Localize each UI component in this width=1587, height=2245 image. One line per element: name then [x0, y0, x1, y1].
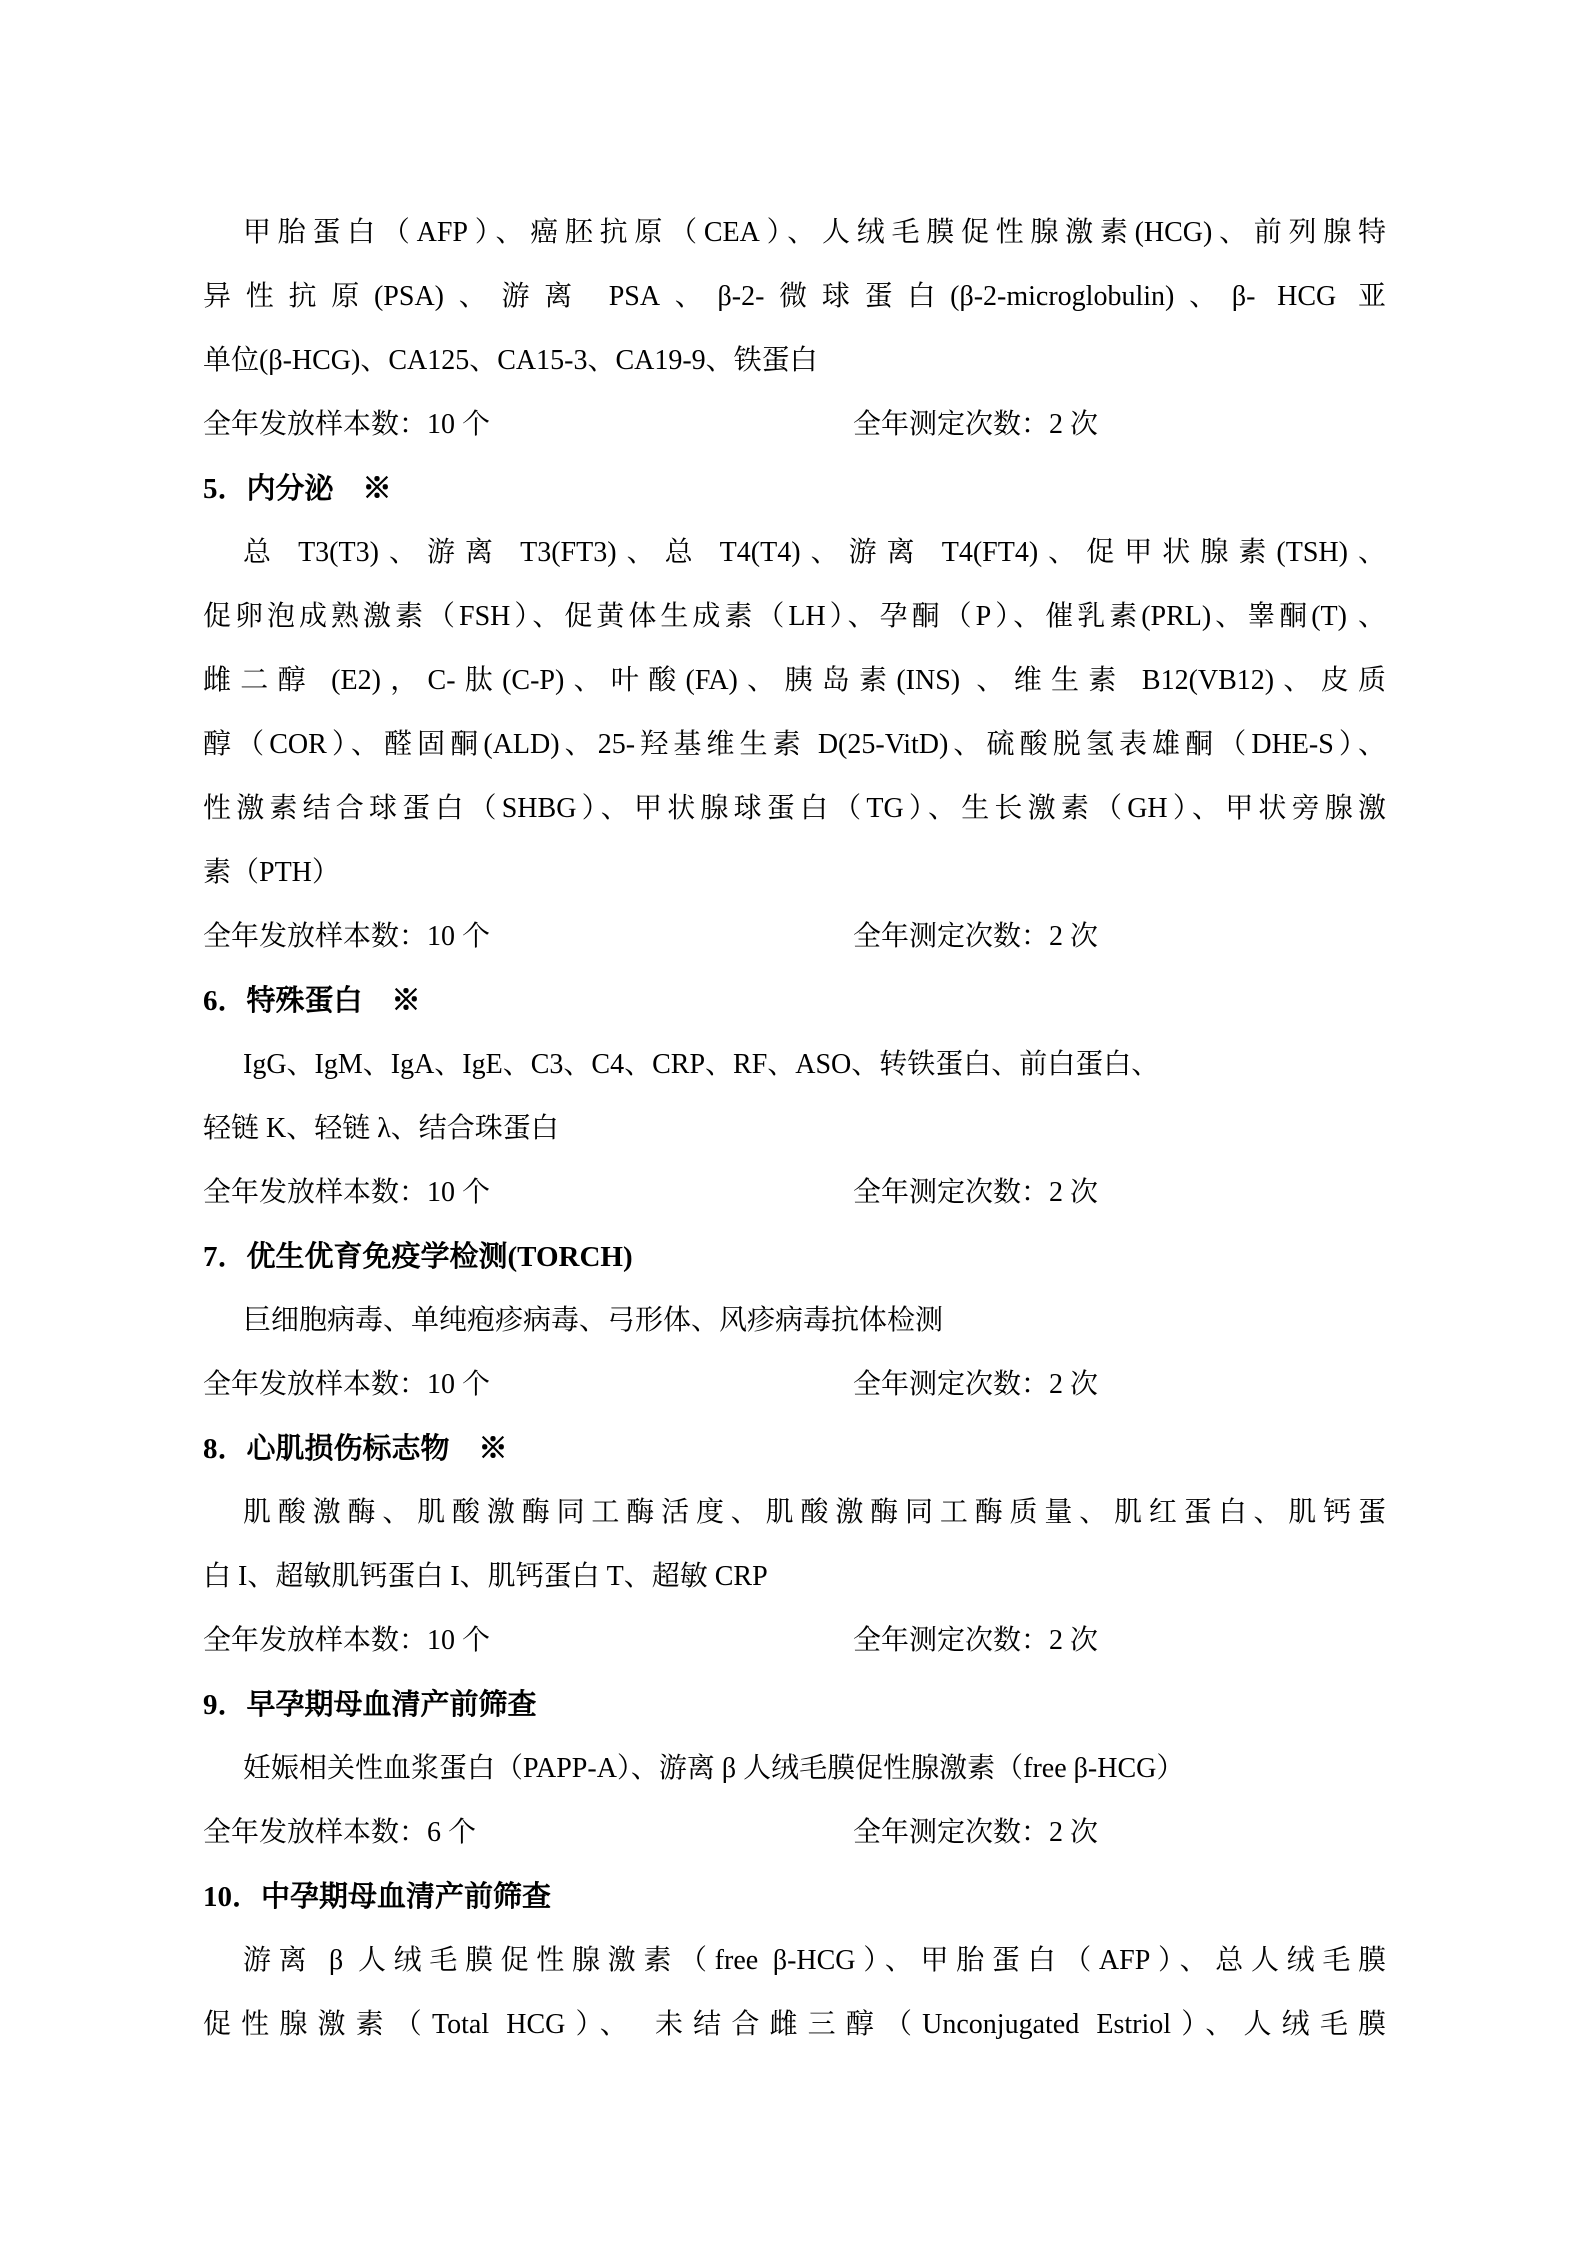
body-text-line: 白 I、超敏肌钙蛋白 I、肌钙蛋白 T、超敏 CRP: [203, 1545, 1386, 1609]
document-page: 甲胎蛋白（AFP）、癌胚抗原（CEA）、人绒毛膜促性腺激素(HCG)、前列腺特异…: [0, 0, 1587, 2245]
body-text-line: 游离 β 人绒毛膜促性腺激素（free β-HCG）、甲胎蛋白（AFP）、总人绒…: [203, 1929, 1386, 1993]
stats-line: 全年发放样本数：10 个全年测定次数：2 次: [203, 393, 1386, 457]
body-text-line: 肌酸激酶、肌酸激酶同工酶活度、肌酸激酶同工酶质量、肌红蛋白、肌钙蛋: [203, 1481, 1386, 1545]
measurements-count-label: 全年测定次数：2 次: [853, 1609, 1098, 1673]
stats-line: 全年发放样本数：10 个全年测定次数：2 次: [203, 1609, 1386, 1673]
stats-line: 全年发放样本数：6 个全年测定次数：2 次: [203, 1801, 1386, 1865]
stats-line: 全年发放样本数：10 个全年测定次数：2 次: [203, 1353, 1386, 1417]
section-heading: 8．心肌损伤标志物 ※: [203, 1417, 1386, 1481]
section-heading: 10．中孕期母血清产前筛查: [203, 1865, 1386, 1929]
measurements-count-label: 全年测定次数：2 次: [853, 393, 1098, 457]
body-text-line: 异性抗原(PSA)、游离 PSA、β-2-微球蛋白(β-2-microglobu…: [203, 265, 1386, 329]
body-text-line: 总 T3(T3)、游离 T3(FT3)、总 T4(T4)、游离 T4(FT4)、…: [203, 521, 1386, 585]
measurements-count-label: 全年测定次数：2 次: [853, 1161, 1098, 1225]
body-text-line: 甲胎蛋白（AFP）、癌胚抗原（CEA）、人绒毛膜促性腺激素(HCG)、前列腺特: [203, 201, 1386, 265]
section-heading: 6．特殊蛋白 ※: [203, 969, 1386, 1033]
samples-count-label: 全年发放样本数：10 个: [203, 1625, 490, 1656]
body-text-line: 促卵泡成熟激素（FSH）、促黄体生成素（LH）、孕酮（P）、催乳素(PRL)、睾…: [203, 585, 1386, 649]
body-text-line: 妊娠相关性血浆蛋白（PAPP-A）、游离 β 人绒毛膜促性腺激素（free β-…: [203, 1737, 1386, 1801]
body-text-line: 轻链 K、轻链 λ、结合珠蛋白: [203, 1097, 1386, 1161]
section-heading: 5．内分泌 ※: [203, 457, 1386, 521]
body-text-line: 素（PTH）: [203, 841, 1386, 905]
samples-count-label: 全年发放样本数：10 个: [203, 921, 490, 952]
measurements-count-label: 全年测定次数：2 次: [853, 905, 1098, 969]
samples-count-label: 全年发放样本数：10 个: [203, 1369, 490, 1400]
body-text-line: 促性腺激素（Total HCG）、 未结合雌三醇（Unconjugated Es…: [203, 1993, 1386, 2057]
text-block: 甲胎蛋白（AFP）、癌胚抗原（CEA）、人绒毛膜促性腺激素(HCG)、前列腺特异…: [203, 201, 1386, 2057]
samples-count-label: 全年发放样本数：10 个: [203, 409, 490, 440]
samples-count-label: 全年发放样本数：6 个: [203, 1817, 476, 1848]
body-text-line: 雌二醇 (E2)，C-肽(C-P)、叶酸(FA)、胰岛素(INS) 、维生素 B…: [203, 649, 1386, 713]
section-heading: 7．优生优育免疫学检测(TORCH): [203, 1225, 1386, 1289]
body-text-line: 醇（COR）、醛固酮(ALD)、25-羟基维生素 D(25-VitD)、硫酸脱氢…: [203, 713, 1386, 777]
body-text-line: 性激素结合球蛋白（SHBG）、甲状腺球蛋白（TG）、生长激素（GH）、甲状旁腺激: [203, 777, 1386, 841]
samples-count-label: 全年发放样本数：10 个: [203, 1177, 490, 1208]
body-text-line: 单位(β-HCG)、CA125、CA15-3、CA19-9、铁蛋白: [203, 329, 1386, 393]
measurements-count-label: 全年测定次数：2 次: [853, 1353, 1098, 1417]
body-text-line: IgG、IgM、IgA、IgE、C3、C4、CRP、RF、ASO、转铁蛋白、前白…: [203, 1033, 1386, 1097]
section-heading: 9．早孕期母血清产前筛查: [203, 1673, 1386, 1737]
body-text-line: 巨细胞病毒、单纯疱疹病毒、弓形体、风疹病毒抗体检测: [203, 1289, 1386, 1353]
measurements-count-label: 全年测定次数：2 次: [853, 1801, 1098, 1865]
stats-line: 全年发放样本数：10 个全年测定次数：2 次: [203, 905, 1386, 969]
stats-line: 全年发放样本数：10 个全年测定次数：2 次: [203, 1161, 1386, 1225]
